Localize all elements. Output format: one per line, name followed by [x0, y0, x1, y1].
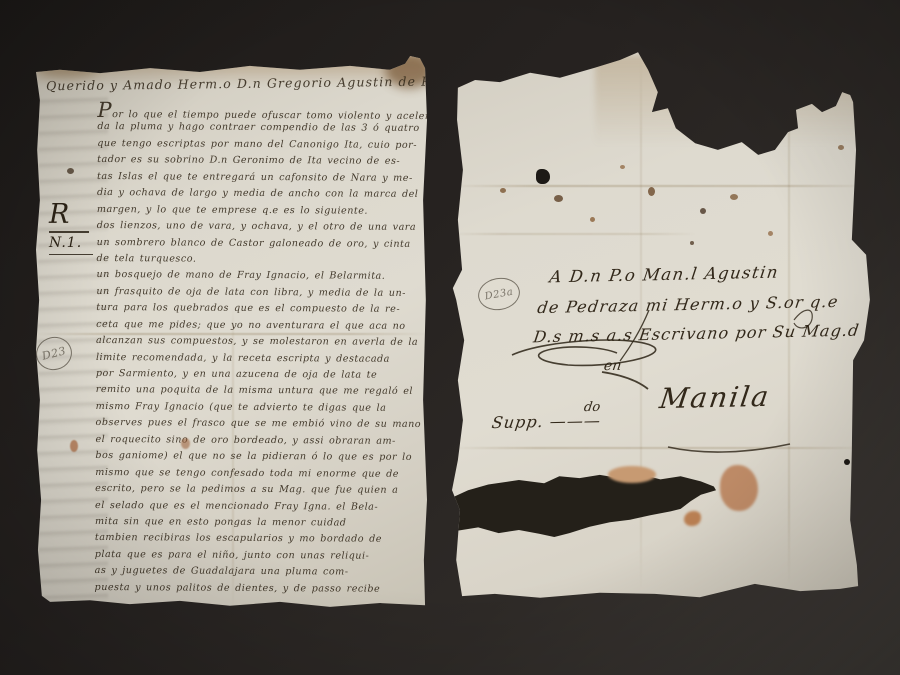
letter-body-line: tas Islas el que te entregará un cafonsi…	[97, 171, 427, 189]
letter-body-line: observes pues el frasco que se me embió …	[96, 417, 426, 435]
letter-body-line: un sombrero blanco de Castor galoneado d…	[97, 236, 427, 254]
letter-body-line: el selado que es el mencionado Fray Igna…	[95, 499, 425, 517]
letter-body-line: tura para los quebrados que es el compue…	[96, 302, 426, 320]
letter-body-line: dia y ochava de largo y media de ancho c…	[97, 187, 427, 205]
letter-body-line: por Sarmiento, y en una azucena de oja d…	[96, 368, 426, 386]
address-city-manila: Manila	[658, 380, 773, 415]
letter-body-line: de tela turquesco.	[97, 253, 427, 271]
left-manuscript-page: Querido y Amado Herm.o D.n Gregorio Agus…	[36, 56, 427, 608]
right-manuscript-page: D23a A D.n P.o Man.l Agustin de Pedraza …	[452, 45, 872, 600]
rust-mark	[181, 438, 190, 449]
margin-mark-number: N.1.	[49, 235, 99, 251]
ink-speck	[67, 168, 74, 174]
letter-body-line: un bosquejo de mano de Fray Ignacio, el …	[96, 269, 426, 287]
letter-body-line: alcanzan sus compuestos, y se molestaron…	[96, 335, 426, 353]
address-line-relation: de Pedraza mi Herm.o y S.or q.e	[536, 292, 840, 317]
photo-of-two-manuscript-pages: Querido y Amado Herm.o D.n Gregorio Agus…	[0, 0, 900, 675]
letter-body-line: plata que es para el niño, junto con una…	[95, 549, 425, 567]
letter-salutation: Querido y Amado Herm.o D.n Gregorio Agus…	[46, 74, 424, 94]
address-line-title: D.s m.s a.s Escrivano por Su Mag.d	[532, 321, 861, 347]
letter-body-line: escrito, pero se la pedimos a su Mag. qu…	[95, 483, 425, 501]
address-block: A D.n P.o Man.l Agustin de Pedraza mi He…	[452, 45, 872, 600]
letter-body-line: limite recomendada, y la receta escripta…	[96, 352, 426, 370]
letter-body-line: tador es su sobrino D.n Geronimo de Ita …	[97, 154, 427, 172]
letter-body-text: Por lo que el tiempo puede ofuscar tomo …	[94, 105, 427, 600]
letter-body-line: bos ganiome) el que no se la pidieran ó …	[95, 450, 425, 468]
letter-body-line: mita sin que en esto pongas la menor cui…	[95, 516, 425, 534]
letter-body-line: que tengo escriptas por mano del Canonig…	[97, 138, 427, 156]
letter-body-line: tambien recibiras los escapularios y mo …	[95, 532, 425, 550]
address-supp-word: Supp. ———	[491, 411, 603, 432]
letter-body-line: mismo Fray Ignacio (que te advierto te d…	[96, 401, 426, 419]
margin-registration-mark: R N.1.	[49, 202, 99, 257]
rust-mark	[70, 440, 78, 452]
margin-mark-letter: R	[49, 202, 99, 228]
left-page-top-left-smudge	[38, 62, 98, 78]
margin-mark-rule	[49, 254, 93, 256]
address-en-word: en	[603, 358, 623, 374]
letter-body-line: as y juguetes de Guadalajara una pluma c…	[95, 565, 425, 583]
letter-body-line: el roquecito sino de oro bordeado, y ass…	[95, 434, 425, 452]
letter-body-line: puesta y unos palitos de dientes, y de p…	[94, 582, 424, 600]
letter-body-line: da la pluma y hago contraer compendio de…	[97, 121, 427, 139]
letter-body-line: un frasquito de oja de lata con libra, y…	[96, 286, 426, 304]
letter-body-line: dos lienzos, uno de vara, y ochava, y el…	[97, 220, 427, 238]
letter-body-line: mismo que se tengo confesado toda mi eno…	[95, 467, 425, 485]
margin-mark-rule	[49, 231, 89, 233]
letter-body-line: remito una poquita de la misma untura qu…	[96, 384, 426, 402]
address-line-recipient: A D.n P.o Man.l Agustin	[548, 263, 780, 287]
letter-body-line: margen, y lo que te emprese q.e es lo si…	[97, 204, 427, 222]
letter-body-line: ceta que me pides; que yo no aventurara …	[96, 319, 426, 337]
letter-body-line: Por lo que el tiempo puede ofuscar tomo …	[97, 105, 427, 123]
